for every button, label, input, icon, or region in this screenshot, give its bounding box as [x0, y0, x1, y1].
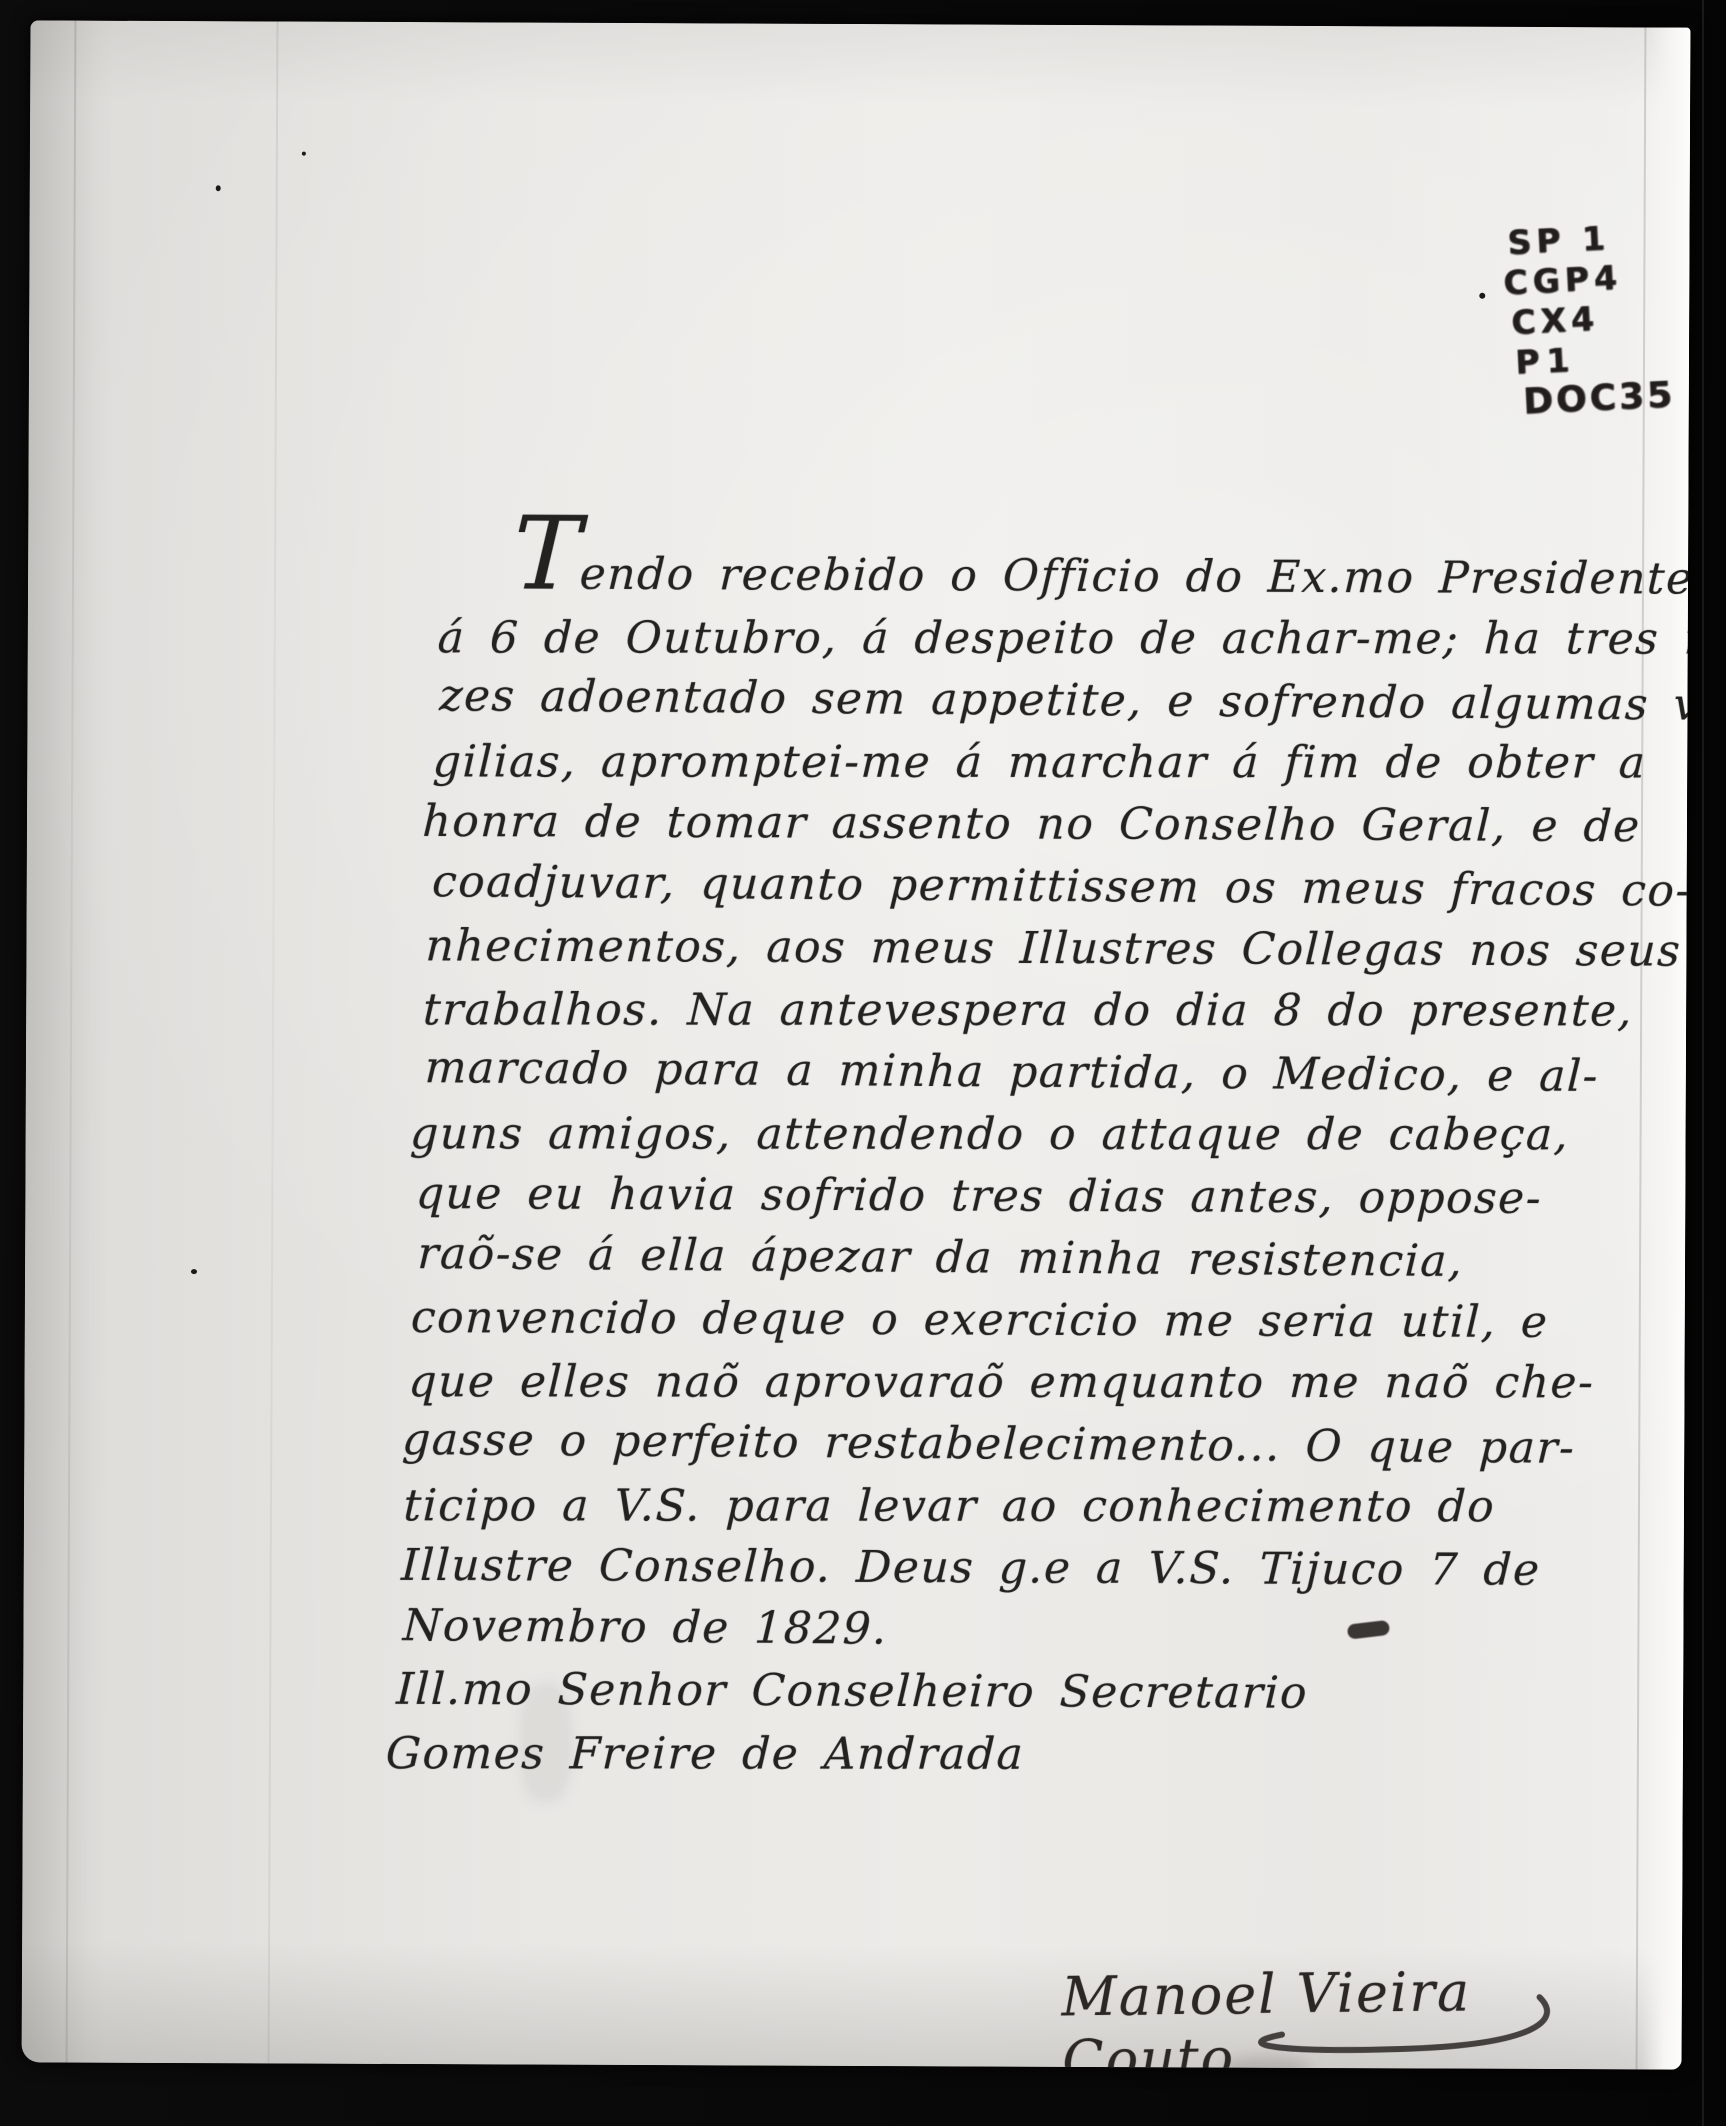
fold-line [268, 21, 279, 2063]
letter-line: ticipo a V.S. para levar ao conhecimento… [403, 1475, 1675, 1538]
letter-line: marcado para a minha partida, o Medico, … [424, 1037, 1691, 1109]
letter-line: que elles naõ aprovaraõ emquanto me naõ … [407, 1351, 1679, 1414]
letter-line: raõ-se á ella ápezar da minha resistenci… [416, 1223, 1688, 1295]
letter-line: que eu havia sofrido tres dias antes, op… [415, 1163, 1687, 1231]
letter-line: honra de tomar assento no Conselho Geral… [421, 791, 1690, 859]
letter-line: coadjuvar, quanto permittissem os meus f… [431, 851, 1691, 923]
letter-body: Tendo recebido o Officio do Ex.mo Presid… [393, 522, 1691, 1788]
letter-line: Novembro de 1829. [402, 1595, 1674, 1667]
paper-smudge [519, 1683, 574, 1803]
letter-line: á 6 de Outubro, á despeito de achar-me; … [437, 607, 1691, 670]
archive-reference-stamp: SP 1 CGP4 CX4 P1 DOC35 [1506, 215, 1675, 422]
letter-line: nhecimentos, aos meus Illustres Collegas… [424, 915, 1690, 983]
scan-artifact-line [1702, 0, 1704, 2126]
ink-speck [1479, 293, 1485, 299]
letter-page: SP 1 CGP4 CX4 P1 DOC35 Tendo recebido o … [22, 20, 1691, 2069]
letter-line: Illustre Conselho. Deus g.e a V.S. Tijuc… [400, 1535, 1672, 1603]
ink-speck [191, 1269, 197, 1274]
letter-line: trabalhos. Na antevespera do dia 8 do pr… [422, 979, 1690, 1042]
letter-line: zes adoentado sem appetite, e sofrendo a… [438, 665, 1690, 737]
letter-line: gasse o perfeito restabelecimento... O q… [401, 1409, 1681, 1481]
ink-speck [302, 152, 306, 156]
letter-line: guns amigos, attendendo o attaque de cab… [409, 1103, 1689, 1166]
letter-line: Ill.mo Senhor Conselheiro Secretario [395, 1659, 1667, 1727]
letter-line: gilias, apromptei-me á marchar á fim de … [432, 731, 1691, 794]
letter-line: Tendo recebido o Officio do Ex.mo Presid… [439, 522, 1690, 611]
letter-line: convencido deque o exercicio me seria ut… [410, 1287, 1682, 1355]
signature: Manoel Vieira Couto [1061, 1959, 1582, 2070]
letter-line: Gomes Freire de Andrada [385, 1723, 1665, 1786]
ink-speck [216, 185, 221, 191]
fold-line [66, 21, 77, 2063]
stamp-line: DOC35 [1522, 375, 1676, 422]
